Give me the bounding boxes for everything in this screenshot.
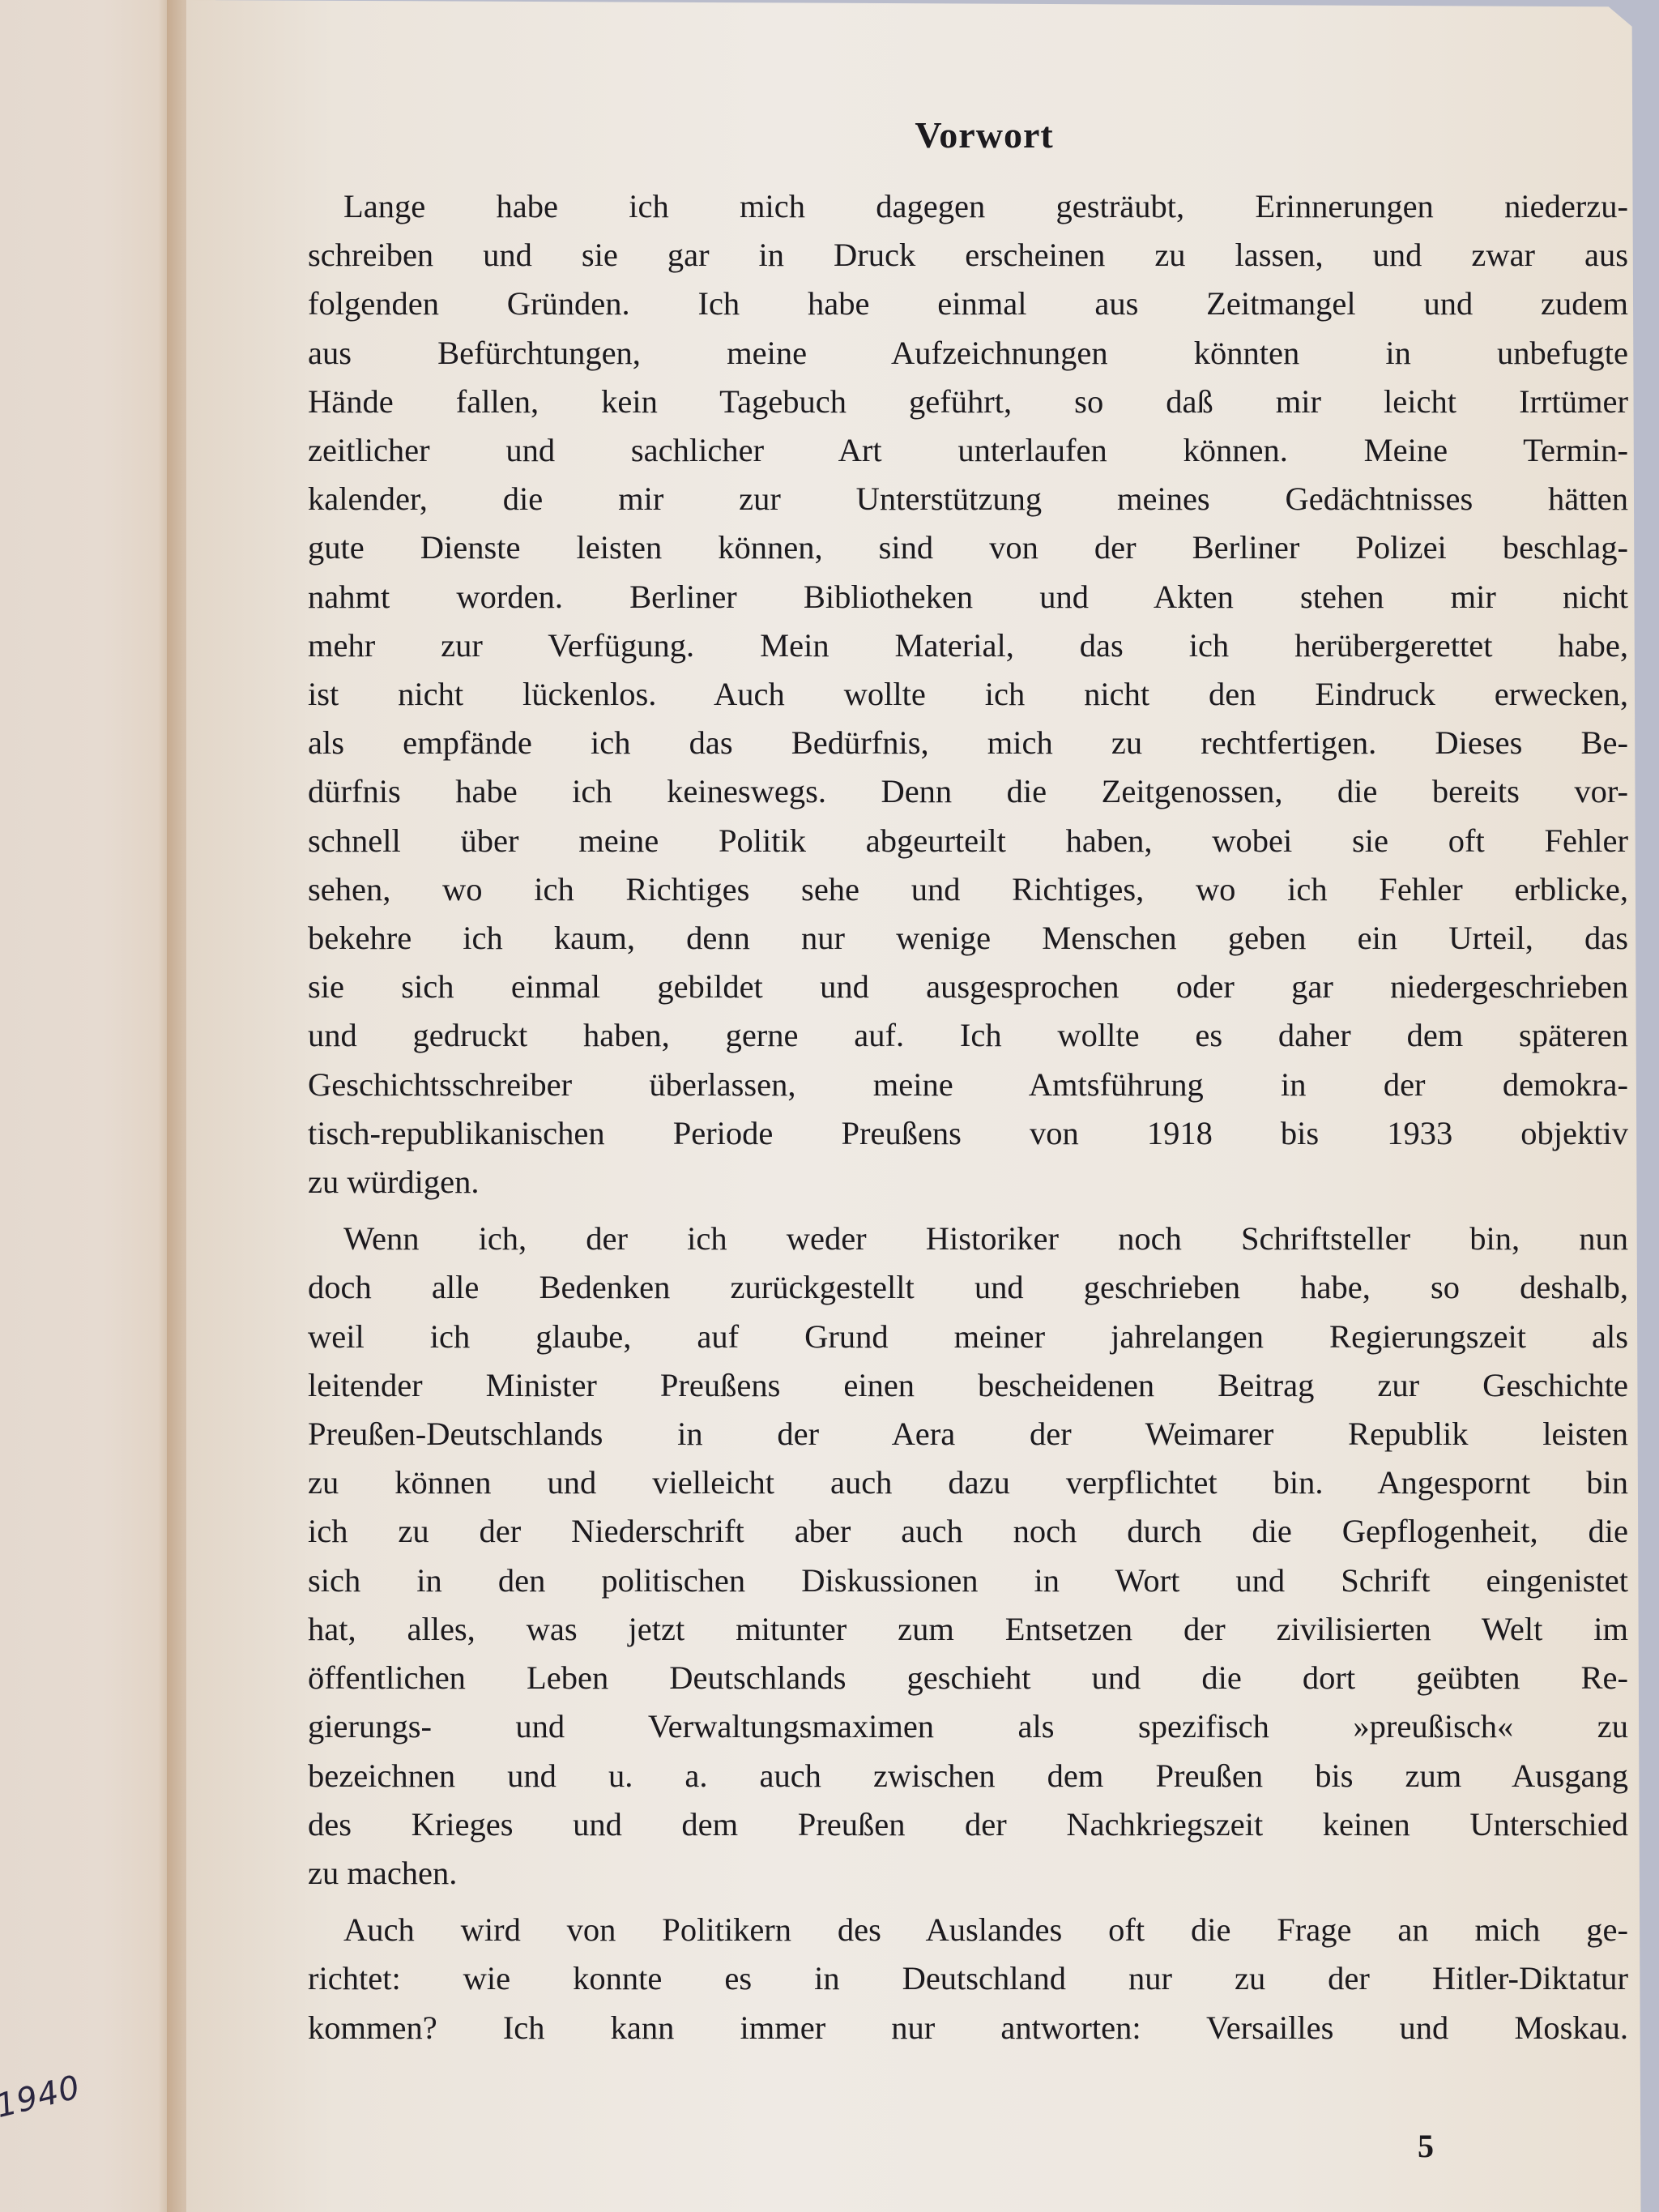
text-line: folgenden Gründen. Ich habe einmal aus Z… [308, 280, 1628, 328]
text-line: Hände fallen, kein Tagebuch geführt, so … [308, 378, 1628, 426]
text-line: und gedruckt haben, gerne auf. Ich wollt… [308, 1011, 1628, 1060]
text-line: dürfnis habe ich keineswegs. Denn die Ze… [308, 767, 1628, 816]
text-line: kalender, die mir zur Unterstützung mein… [308, 475, 1628, 523]
text-line: mehr zur Verfügung. Mein Material, das i… [308, 621, 1628, 670]
text-line: gute Dienste leisten können, sind von de… [308, 523, 1628, 572]
text-line: sehen, wo ich Richtiges sehe und Richtig… [308, 865, 1628, 914]
text-line: weil ich glaube, auf Grund meiner jahrel… [308, 1313, 1628, 1361]
text-line: kommen? Ich kann immer nur antworten: Ve… [308, 2004, 1628, 2052]
text-line: doch alle Bedenken zurückgestellt und ge… [308, 1263, 1628, 1312]
text-line: nahmt worden. Berliner Bibliotheken und … [308, 573, 1628, 621]
text-line: sie sich einmal gebildet und ausgesproch… [308, 963, 1628, 1011]
text-line: zu würdigen. [308, 1158, 1628, 1206]
text-line: ich zu der Niederschrift aber auch noch … [308, 1507, 1628, 1556]
text-line: schnell über meine Politik abgeurteilt h… [308, 817, 1628, 865]
text-line: tisch-republikanischen Periode Preußens … [308, 1109, 1628, 1158]
text-line: öffentlichen Leben Deutschlands geschieh… [308, 1654, 1628, 1702]
text-line: Geschichtsschreiber überlassen, meine Am… [308, 1061, 1628, 1109]
text-line: zu machen. [308, 1849, 1628, 1898]
text-line: richtet: wie konnte es in Deutschland nu… [308, 1954, 1628, 2003]
left-facing-page: 1940 [0, 0, 172, 2212]
text-line: sich in den politischen Diskussionen in … [308, 1557, 1628, 1605]
text-line: zeitlicher und sachlicher Art unterlaufe… [308, 426, 1628, 475]
handwritten-year-note: 1940 [0, 2069, 84, 2125]
text-line: bezeichnen und u. a. auch zwischen dem P… [308, 1752, 1628, 1800]
paragraph-1: Lange habe ich mich dagegen gesträubt, E… [308, 182, 1628, 1206]
paragraph-3: Auch wird von Politikern des Auslandes o… [308, 1906, 1628, 2052]
text-line: als empfände ich das Bedürfnis, mich zu … [308, 719, 1628, 767]
text-line: hat, alles, was jetzt mitunter zum Entse… [308, 1605, 1628, 1654]
text-line: Preußen-Deutschlands in der Aera der Wei… [308, 1410, 1628, 1458]
text-line: bekehre ich kaum, denn nur wenige Mensch… [308, 914, 1628, 963]
text-line: Wenn ich, der ich weder Historiker noch … [308, 1215, 1628, 1263]
text-line: schreiben und sie gar in Druck erscheine… [308, 231, 1628, 280]
page-number: 5 [1418, 2127, 1434, 2165]
text-line: ist nicht lückenlos. Auch wollte ich nic… [308, 670, 1628, 719]
text-line: Lange habe ich mich dagegen gesträubt, E… [308, 182, 1628, 231]
text-line: des Krieges und dem Preußen der Nachkrie… [308, 1800, 1628, 1849]
text-line: leitender Minister Preußens einen besche… [308, 1361, 1628, 1410]
text-line: Auch wird von Politikern des Auslandes o… [308, 1906, 1628, 1954]
text-line: zu können und vielleicht auch dazu verpf… [308, 1458, 1628, 1507]
right-book-page: Vorwort Lange habe ich mich dagegen gest… [186, 0, 1653, 2212]
text-line: aus Befürchtungen, meine Aufzeichnungen … [308, 329, 1628, 378]
text-line: gierungs- und Verwaltungsmaximen als spe… [308, 1702, 1628, 1751]
page-text-block: Vorwort Lange habe ich mich dagegen gest… [308, 113, 1628, 2060]
paragraph-2: Wenn ich, der ich weder Historiker noch … [308, 1215, 1628, 1898]
page-heading: Vorwort [308, 113, 1628, 156]
